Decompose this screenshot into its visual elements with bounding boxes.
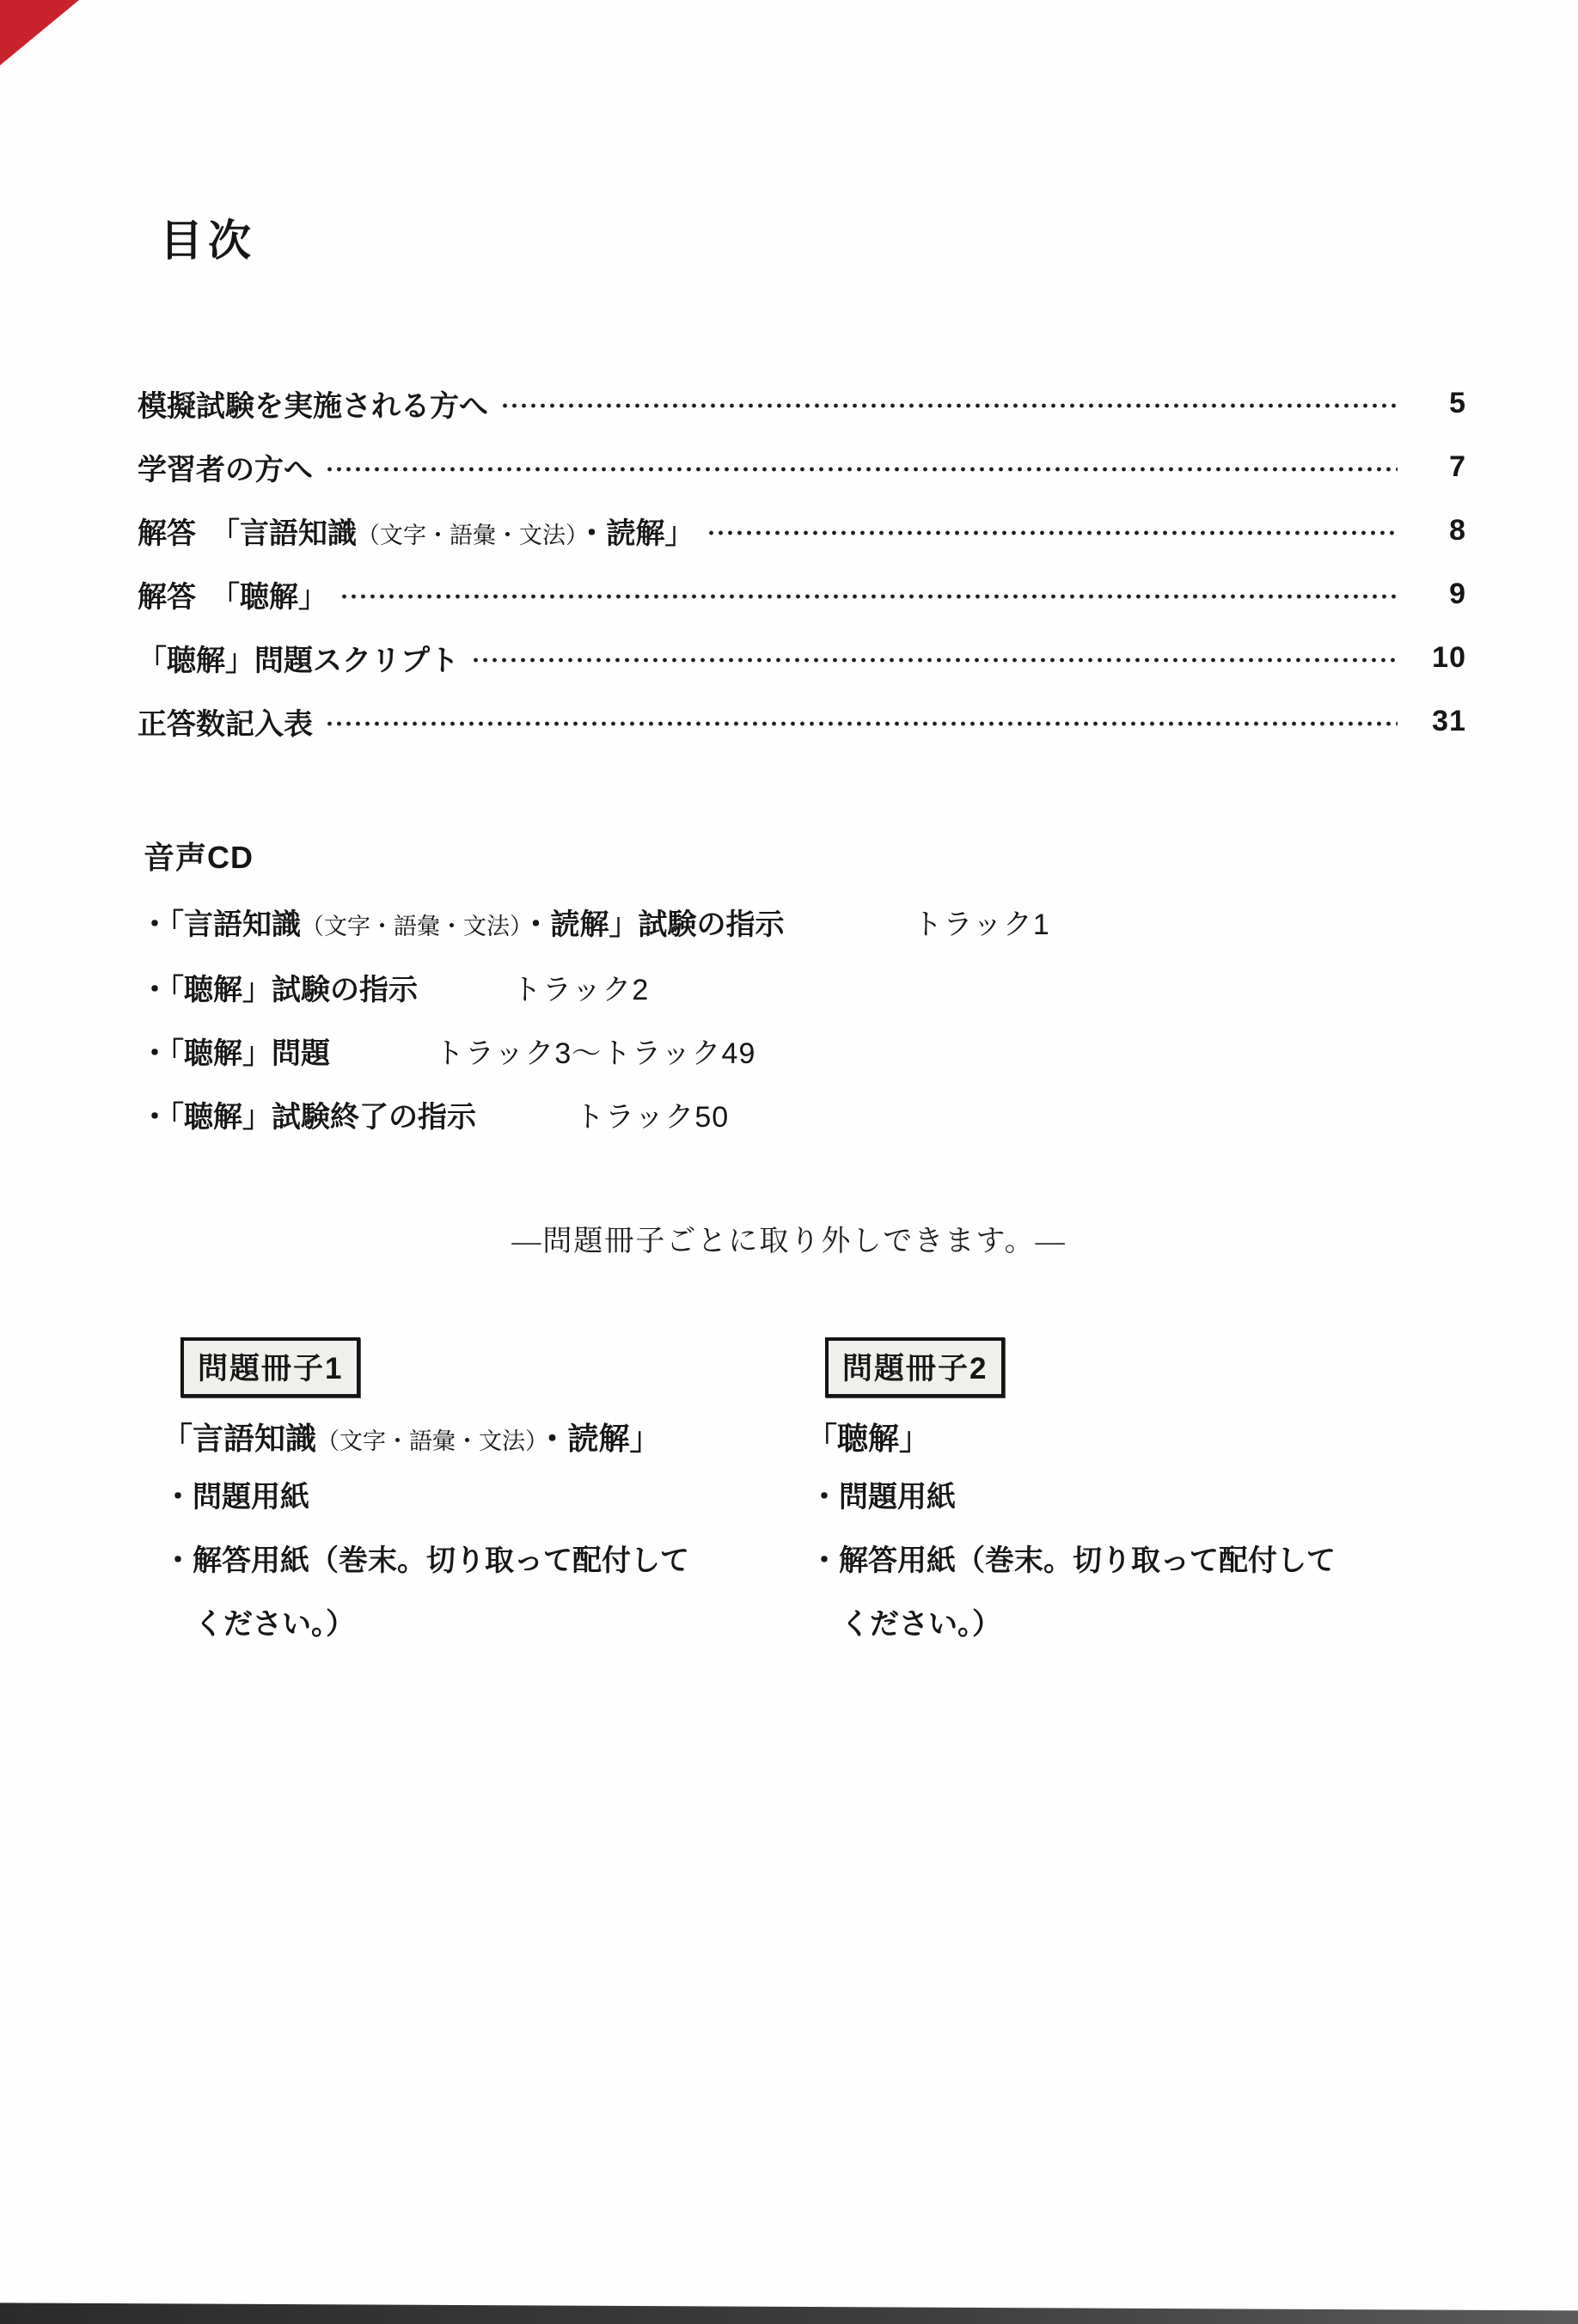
booklet2-title: 「聴解」 — [806, 1415, 930, 1459]
toc-page-number: 10 — [1411, 641, 1466, 675]
booklet2-box-label: 問題冊子2 — [825, 1337, 1005, 1397]
toc-page-number: 7 — [1411, 450, 1466, 484]
toc-page-number: 8 — [1411, 514, 1466, 547]
booklet1-item-paper: ・問題用紙 — [163, 1473, 309, 1515]
cd-track-item: ・「聴解」試験終了の指示トラック50 — [140, 1093, 729, 1129]
toc-entry-label: 学習者の方へ — [138, 446, 313, 488]
booklet2-item-answer-line2: ください。） — [841, 1600, 1001, 1642]
toc-entry: 「聴解」問題スクリプト 10 — [138, 639, 1466, 676]
toc-label-pre: 解答 「聴解」 — [138, 581, 327, 614]
toc-entry-label: 正答数記入表 — [138, 700, 313, 743]
booklet1-title-pre: 「言語知識 — [162, 1421, 316, 1456]
toc-label-post: ・読解」 — [578, 517, 694, 550]
cd-item-pre: ・「聴解」問題 — [140, 1037, 330, 1070]
toc-page-number: 5 — [1411, 387, 1466, 420]
booklet1-box-label: 問題冊子1 — [180, 1337, 360, 1397]
toc-label-pre: 正答数記入表 — [138, 708, 313, 741]
cd-track-item: ・「聴解」試験の指示トラック2 — [140, 966, 649, 1002]
toc-label-pre: 模擬試験を実施される方へ — [138, 390, 488, 423]
toc-entry: 正答数記入表 31 — [138, 703, 1466, 739]
booklet1-title-small: （文字・語彙・文法） — [316, 1428, 537, 1454]
booklet2-item-paper: ・問題用紙 — [810, 1473, 956, 1515]
dot-leader — [500, 403, 1398, 408]
dot-leader — [325, 721, 1398, 726]
booklet2-item-answer-line1: ・解答用紙（巻末。切り取って配付して — [810, 1537, 1336, 1579]
booklet1-title-post: ・読解」 — [537, 1421, 661, 1456]
cd-item-pre: ・「聴解」試験の指示 — [140, 974, 418, 1006]
toc-entry-label: 解答 「言語知識（文字・語彙・文法）・読解」 — [138, 510, 694, 552]
cd-item-pre: ・「聴解」試験終了の指示 — [140, 1101, 476, 1134]
toc-label-pre: 学習者の方へ — [138, 454, 313, 486]
cd-track-label: トラック3～トラック49 — [435, 1037, 755, 1070]
toc-page-number: 31 — [1411, 705, 1466, 738]
scan-corner-artifact — [0, 0, 79, 65]
booklet1-item-answer-line2: ください。） — [194, 1600, 355, 1642]
booklet1-item-answer-line1: ・解答用紙（巻末。切り取って配付して — [163, 1537, 689, 1579]
toc-entry: 模擬試験を実施される方へ 5 — [138, 385, 1466, 421]
removable-note: ―問題冊子ごとに取り外しできます。― — [0, 1217, 1578, 1259]
toc-entry-label: 解答 「聴解」 — [138, 573, 327, 615]
cd-track-item: ・「言語知識（文字・語彙・文法）・読解」試験の指示トラック1 — [140, 901, 1050, 937]
toc-entry-label: 「聴解」問題スクリプト — [138, 637, 459, 679]
toc-entry: 学習者の方へ 7 — [138, 449, 1466, 485]
toc-entry: 解答 「言語知識（文字・語彙・文法）・読解」 8 — [138, 512, 1466, 548]
toc-entry: 解答 「聴解」 9 — [138, 576, 1466, 612]
booklet2-title-pre: 「聴解」 — [806, 1421, 930, 1456]
dot-leader — [339, 594, 1398, 599]
dot-leader — [325, 467, 1398, 472]
cd-item-pre: ・「言語知識 — [140, 908, 301, 941]
cd-track-item: ・「聴解」問題トラック3～トラック49 — [140, 1030, 755, 1066]
booklet1-title: 「言語知識（文字・語彙・文法）・読解」 — [162, 1415, 661, 1459]
cd-item-post: ・読解」試験の指示 — [522, 908, 785, 941]
toc-page-number: 9 — [1411, 578, 1466, 611]
toc-page: 目次 模擬試験を実施される方へ 5 学習者の方へ 7 解答 「言語知識（文字・語… — [0, 0, 1578, 2324]
dot-leader — [471, 657, 1398, 663]
cd-track-label: トラック2 — [512, 974, 649, 1006]
page-title: 目次 — [160, 206, 256, 268]
scan-bottom-edge-artifact — [0, 2298, 1578, 2324]
toc-label-small: （文字・語彙・文法） — [357, 523, 578, 548]
toc-entry-label: 模擬試験を実施される方へ — [138, 382, 488, 425]
cd-section-heading: 音声CD — [144, 834, 254, 878]
cd-track-label: トラック1 — [914, 908, 1050, 941]
cd-item-small: （文字・語彙・文法） — [301, 914, 522, 939]
dot-leader — [706, 530, 1398, 535]
toc-label-pre: 「聴解」問題スクリプト — [138, 645, 459, 677]
cd-track-label: トラック50 — [575, 1101, 729, 1134]
toc-label-pre: 解答 「言語知識 — [138, 517, 357, 550]
